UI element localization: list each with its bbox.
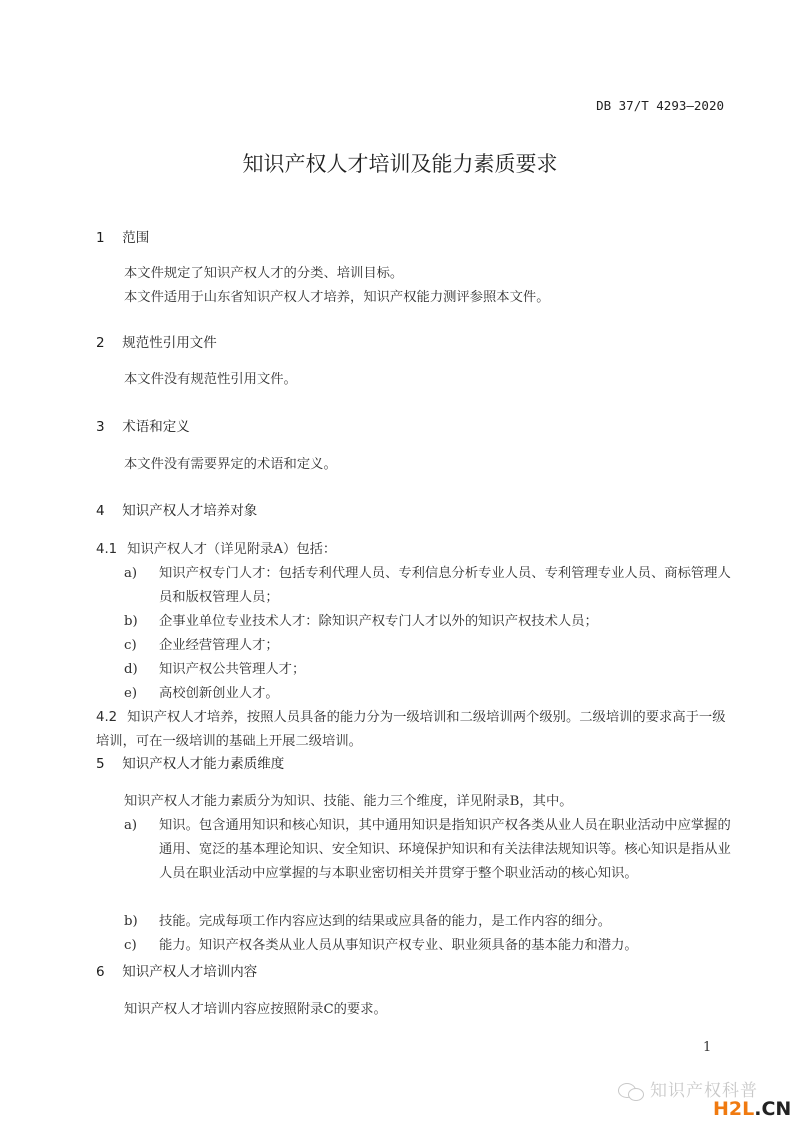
clause-4-1: 4.1知识产权人才（详见附录A）包括： <box>96 538 726 562</box>
item-text: 知识产权公共管理人才； <box>159 658 734 682</box>
list-item: c) 企业经营管理人才； <box>124 634 734 658</box>
section-title: 知识产权人才培训内容 <box>122 964 257 980</box>
paragraph: 本文件没有规范性引用文件。 <box>124 368 297 392</box>
site-logo: H2L.CN <box>713 1098 791 1120</box>
section-number: 1 <box>96 230 118 246</box>
section-title: 知识产权人才能力素质维度 <box>122 756 284 772</box>
section-number: 4 <box>96 503 118 519</box>
item-label: b) <box>124 610 138 634</box>
section-3-heading: 3 术语和定义 <box>96 415 190 435</box>
item-text: 知识产权专门人才：包括专利代理人员、专利信息分析专业人员、专利管理专业人员、商标… <box>159 562 734 610</box>
wechat-icon <box>618 1081 646 1101</box>
item-text: 高校创新创业人才。 <box>159 682 734 706</box>
item-label: b) <box>124 910 138 934</box>
section-6-heading: 6 知识产权人才培训内容 <box>96 960 257 980</box>
list-item: d) 知识产权公共管理人才； <box>124 658 734 682</box>
clause-number: 4.1 <box>96 542 117 557</box>
document-code: DB 37/T 4293—2020 <box>596 98 724 113</box>
clause-text: 知识产权人才（详见附录A）包括： <box>127 542 336 557</box>
section-title: 知识产权人才培养对象 <box>122 503 257 519</box>
page-number: 1 <box>703 1040 711 1055</box>
section-1-heading: 1 范围 <box>96 226 149 246</box>
item-text: 知识。包含通用知识和核心知识，其中通用知识是指知识产权各类从业人员在职业活动中应… <box>159 814 734 886</box>
paragraph: 本文件没有需要界定的术语和定义。 <box>124 453 337 477</box>
item-label: a) <box>124 814 137 838</box>
list-item: b) 技能。完成每项工作内容应达到的结果或应具备的能力，是工作内容的细分。 <box>124 910 734 934</box>
paragraph: 知识产权人才培训内容应按照附录C的要求。 <box>124 998 387 1022</box>
section-number: 5 <box>96 756 118 772</box>
section-number: 6 <box>96 964 118 980</box>
list-item: a) 知识产权专门人才：包括专利代理人员、专利信息分析专业人员、专利管理专业人员… <box>124 562 734 610</box>
site-logo-cn: .CN <box>754 1098 791 1120</box>
item-label: a) <box>124 562 137 586</box>
clause-number: 4.2 <box>96 710 117 725</box>
item-label: e) <box>124 682 137 706</box>
section-number: 3 <box>96 419 118 435</box>
item-label: c) <box>124 934 137 958</box>
clause-text: 知识产权人才培养，按照人员具备的能力分为一级培训和二级培训两个级别。二级培训的要… <box>96 710 726 749</box>
section-2-heading: 2 规范性引用文件 <box>96 331 217 351</box>
list-item: a) 知识。包含通用知识和核心知识，其中通用知识是指知识产权各类从业人员在职业活… <box>124 814 734 886</box>
item-label: c) <box>124 634 137 658</box>
section-title: 术语和定义 <box>122 419 190 435</box>
section-4-heading: 4 知识产权人才培养对象 <box>96 499 257 519</box>
item-text: 企事业单位专业技术人才：除知识产权专门人才以外的知识产权技术人员； <box>159 610 734 634</box>
clause-4-2: 4.2知识产权人才培养，按照人员具备的能力分为一级培训和二级培训两个级别。二级培… <box>96 706 726 754</box>
list-item: b) 企事业单位专业技术人才：除知识产权专门人才以外的知识产权技术人员； <box>124 610 734 634</box>
list-item: e) 高校创新创业人才。 <box>124 682 734 706</box>
section-5-heading: 5 知识产权人才能力素质维度 <box>96 752 284 772</box>
paragraph: 知识产权人才能力素质分为知识、技能、能力三个维度，详见附录B，其中。 <box>124 790 573 814</box>
document-title: 知识产权人才培训及能力素质要求 <box>0 148 800 178</box>
item-text: 能力。知识产权各类从业人员从事知识产权专业、职业须具备的基本能力和潜力。 <box>159 934 734 958</box>
site-logo-h2l: H2L <box>713 1098 754 1120</box>
section-title: 范围 <box>122 230 149 246</box>
section-number: 2 <box>96 335 118 351</box>
list-item: c) 能力。知识产权各类从业人员从事知识产权专业、职业须具备的基本能力和潜力。 <box>124 934 734 958</box>
item-text: 企业经营管理人才； <box>159 634 734 658</box>
item-text: 技能。完成每项工作内容应达到的结果或应具备的能力，是工作内容的细分。 <box>159 910 734 934</box>
section-title: 规范性引用文件 <box>122 335 217 351</box>
paragraph: 本文件适用于山东省知识产权人才培养，知识产权能力测评参照本文件。 <box>124 286 550 310</box>
item-label: d) <box>124 658 138 682</box>
paragraph: 本文件规定了知识产权人才的分类、培训目标。 <box>124 262 403 286</box>
